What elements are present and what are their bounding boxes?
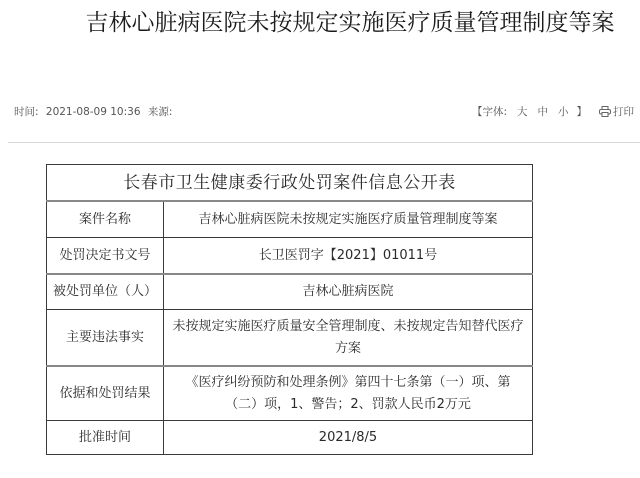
print-label: 打印 — [613, 104, 634, 119]
table-row: 主要违法事实 未按规定实施医疗质量安全管理制度、未按规定告知替代医疗方案 — [47, 310, 533, 367]
row-label: 处罚决定书文号 — [47, 238, 164, 275]
row-label: 批准时间 — [47, 421, 164, 455]
article-tools: 【字体: 大 中 小 】 打印 — [472, 104, 634, 119]
publish-time: 2021-08-09 10:36 — [46, 106, 141, 118]
font-size-close-bracket: 】 — [577, 104, 588, 119]
article-meta: 时间: 2021-08-09 10:36 来源: — [14, 104, 176, 119]
row-label: 依据和处罚结果 — [47, 366, 164, 421]
font-size-medium-button[interactable]: 中 — [538, 104, 549, 119]
table-row: 批准时间 2021/8/5 — [47, 421, 533, 455]
row-label: 被处罚单位（人） — [47, 274, 164, 310]
time-label: 时间: — [14, 106, 39, 118]
row-label: 主要违法事实 — [47, 310, 164, 367]
row-value: 《医疗纠纷预防和处理条例》第四十七条第（一）项、第（二）项，1、警告；2、罚款人… — [164, 366, 533, 421]
table-row: 被处罚单位（人） 吉林心脏病医院 — [47, 274, 533, 310]
font-size-label: 【字体: — [472, 104, 507, 119]
row-value: 未按规定实施医疗质量安全管理制度、未按规定告知替代医疗方案 — [164, 310, 533, 367]
row-value: 吉林心脏病医院 — [164, 274, 533, 310]
printer-icon — [599, 106, 611, 117]
source-label: 来源: — [148, 106, 173, 118]
table-caption-row: 长春市卫生健康委行政处罚案件信息公开表 — [47, 165, 533, 202]
font-size-large-button[interactable]: 大 — [517, 104, 528, 119]
article-title: 吉林心脏病医院未按规定实施医疗质量管理制度等案 — [60, 10, 640, 37]
font-size-small-button[interactable]: 小 — [558, 104, 569, 119]
table-caption: 长春市卫生健康委行政处罚案件信息公开表 — [47, 165, 533, 202]
penalty-info-table: 长春市卫生健康委行政处罚案件信息公开表 案件名称 吉林心脏病医院未按规定实施医疗… — [46, 164, 533, 455]
header-divider — [8, 142, 640, 143]
table-row: 处罚决定书文号 长卫医罚字【2021】01011号 — [47, 238, 533, 275]
row-value: 长卫医罚字【2021】01011号 — [164, 238, 533, 275]
print-button[interactable]: 打印 — [599, 104, 634, 119]
row-value: 吉林心脏病医院未按规定实施医疗质量管理制度等案 — [164, 201, 533, 238]
row-value: 2021/8/5 — [164, 421, 533, 455]
row-label: 案件名称 — [47, 201, 164, 238]
table-row: 依据和处罚结果 《医疗纠纷预防和处理条例》第四十七条第（一）项、第（二）项，1、… — [47, 366, 533, 421]
table-row: 案件名称 吉林心脏病医院未按规定实施医疗质量管理制度等案 — [47, 201, 533, 238]
